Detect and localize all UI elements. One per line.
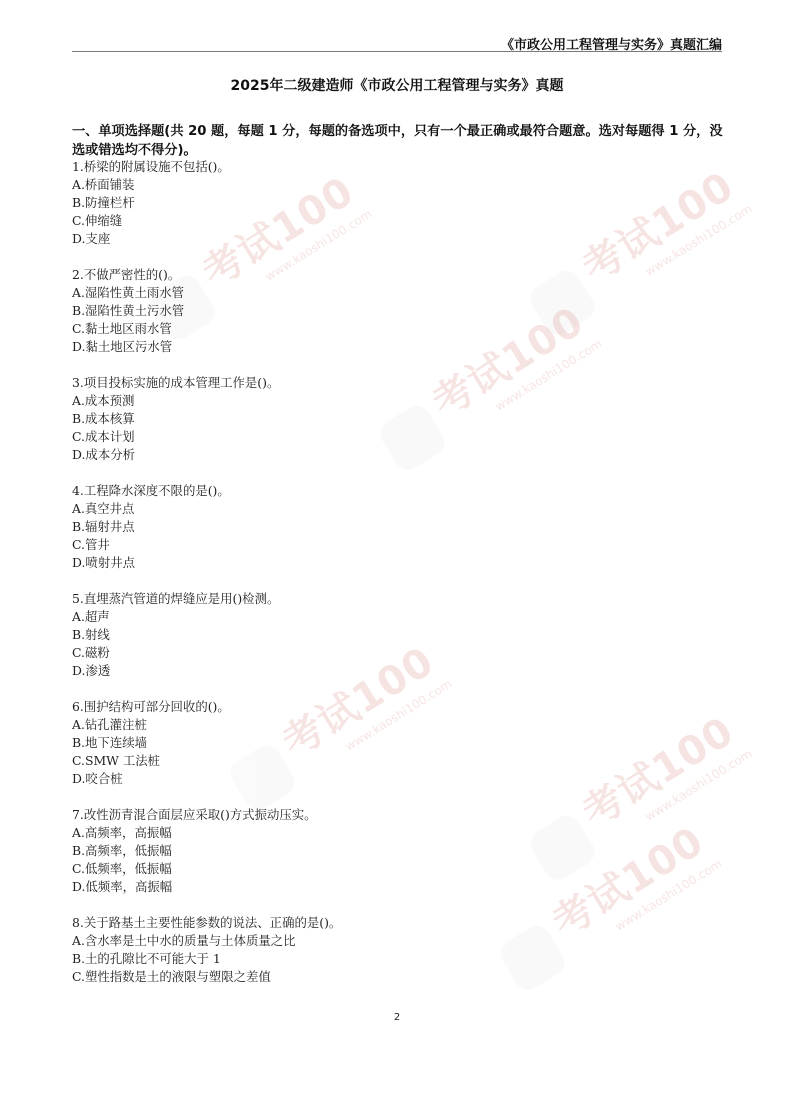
option-c: C.成本计划 <box>72 428 722 446</box>
option-a: A.真空井点 <box>72 500 722 518</box>
option-b: B.防撞栏杆 <box>72 194 722 212</box>
question-4: 4.工程降水深度不限的是()。 A.真空井点 B.辐射井点 C.管井 D.喷射井… <box>72 482 722 572</box>
document-title: 2025年二级建造师《市政公用工程管理与实务》真题 <box>0 75 794 95</box>
question-stem: 1.桥梁的附属设施不包括()。 <box>72 158 722 176</box>
option-d: D.喷射井点 <box>72 554 722 572</box>
option-a: A.含水率是土中水的质量与土体质量之比 <box>72 932 722 950</box>
option-d: D.支座 <box>72 230 722 248</box>
option-b: B.高频率，低振幅 <box>72 842 722 860</box>
option-a: A.成本预测 <box>72 392 722 410</box>
option-d: D.咬合桩 <box>72 770 722 788</box>
option-a: A.湿陷性黄土雨水管 <box>72 284 722 302</box>
question-stem: 6.围护结构可部分回收的()。 <box>72 698 722 716</box>
option-c: C.低频率，低振幅 <box>72 860 722 878</box>
option-c: C.管井 <box>72 536 722 554</box>
option-d: D.低频率，高振幅 <box>72 878 722 896</box>
option-b: B.辐射井点 <box>72 518 722 536</box>
option-a: A.钻孔灌注桩 <box>72 716 722 734</box>
option-d: D.黏土地区污水管 <box>72 338 722 356</box>
running-header: 《市政公用工程管理与实务》真题汇编 <box>72 34 722 52</box>
question-list: 1.桥梁的附属设施不包括()。 A.桥面铺装 B.防撞栏杆 C.伸缩缝 D.支座… <box>72 158 722 1004</box>
option-c: C.磁粉 <box>72 644 722 662</box>
question-7: 7.改性沥青混合面层应采取()方式振动压实。 A.高频率，高振幅 B.高频率，低… <box>72 806 722 896</box>
question-1: 1.桥梁的附属设施不包括()。 A.桥面铺装 B.防撞栏杆 C.伸缩缝 D.支座 <box>72 158 722 248</box>
option-b: B.地下连续墙 <box>72 734 722 752</box>
option-b: B.土的孔隙比不可能大于 1 <box>72 950 722 968</box>
option-d: D.渗透 <box>72 662 722 680</box>
option-a: A.高频率，高振幅 <box>72 824 722 842</box>
option-a: A.超声 <box>72 608 722 626</box>
option-c: C.黏土地区雨水管 <box>72 320 722 338</box>
question-2: 2.不做严密性的()。 A.湿陷性黄土雨水管 B.湿陷性黄土污水管 C.黏土地区… <box>72 266 722 356</box>
page-number: 2 <box>0 1012 794 1023</box>
question-stem: 5.直埋蒸汽管道的焊缝应是用()检测。 <box>72 590 722 608</box>
option-c: C.SMW 工法桩 <box>72 752 722 770</box>
option-a: A.桥面铺装 <box>72 176 722 194</box>
question-stem: 8.关于路基土主要性能参数的说法、正确的是()。 <box>72 914 722 932</box>
option-c: C.塑性指数是土的液限与塑限之差值 <box>72 968 722 986</box>
question-stem: 7.改性沥青混合面层应采取()方式振动压实。 <box>72 806 722 824</box>
option-b: B.成本核算 <box>72 410 722 428</box>
option-d: D.成本分析 <box>72 446 722 464</box>
question-8: 8.关于路基土主要性能参数的说法、正确的是()。 A.含水率是土中水的质量与土体… <box>72 914 722 986</box>
question-6: 6.围护结构可部分回收的()。 A.钻孔灌注桩 B.地下连续墙 C.SMW 工法… <box>72 698 722 788</box>
option-c: C.伸缩缝 <box>72 212 722 230</box>
question-3: 3.项目投标实施的成本管理工作是()。 A.成本预测 B.成本核算 C.成本计划… <box>72 374 722 464</box>
option-b: B.湿陷性黄土污水管 <box>72 302 722 320</box>
question-stem: 4.工程降水深度不限的是()。 <box>72 482 722 500</box>
section-heading: 一、单项选择题(共 20 题，每题 1 分，每题的备选项中，只有一个最正确或最符… <box>72 122 732 160</box>
running-title: 《市政公用工程管理与实务》真题汇编 <box>501 38 722 53</box>
question-stem: 3.项目投标实施的成本管理工作是()。 <box>72 374 722 392</box>
question-stem: 2.不做严密性的()。 <box>72 266 722 284</box>
option-b: B.射线 <box>72 626 722 644</box>
question-5: 5.直埋蒸汽管道的焊缝应是用()检测。 A.超声 B.射线 C.磁粉 D.渗透 <box>72 590 722 680</box>
